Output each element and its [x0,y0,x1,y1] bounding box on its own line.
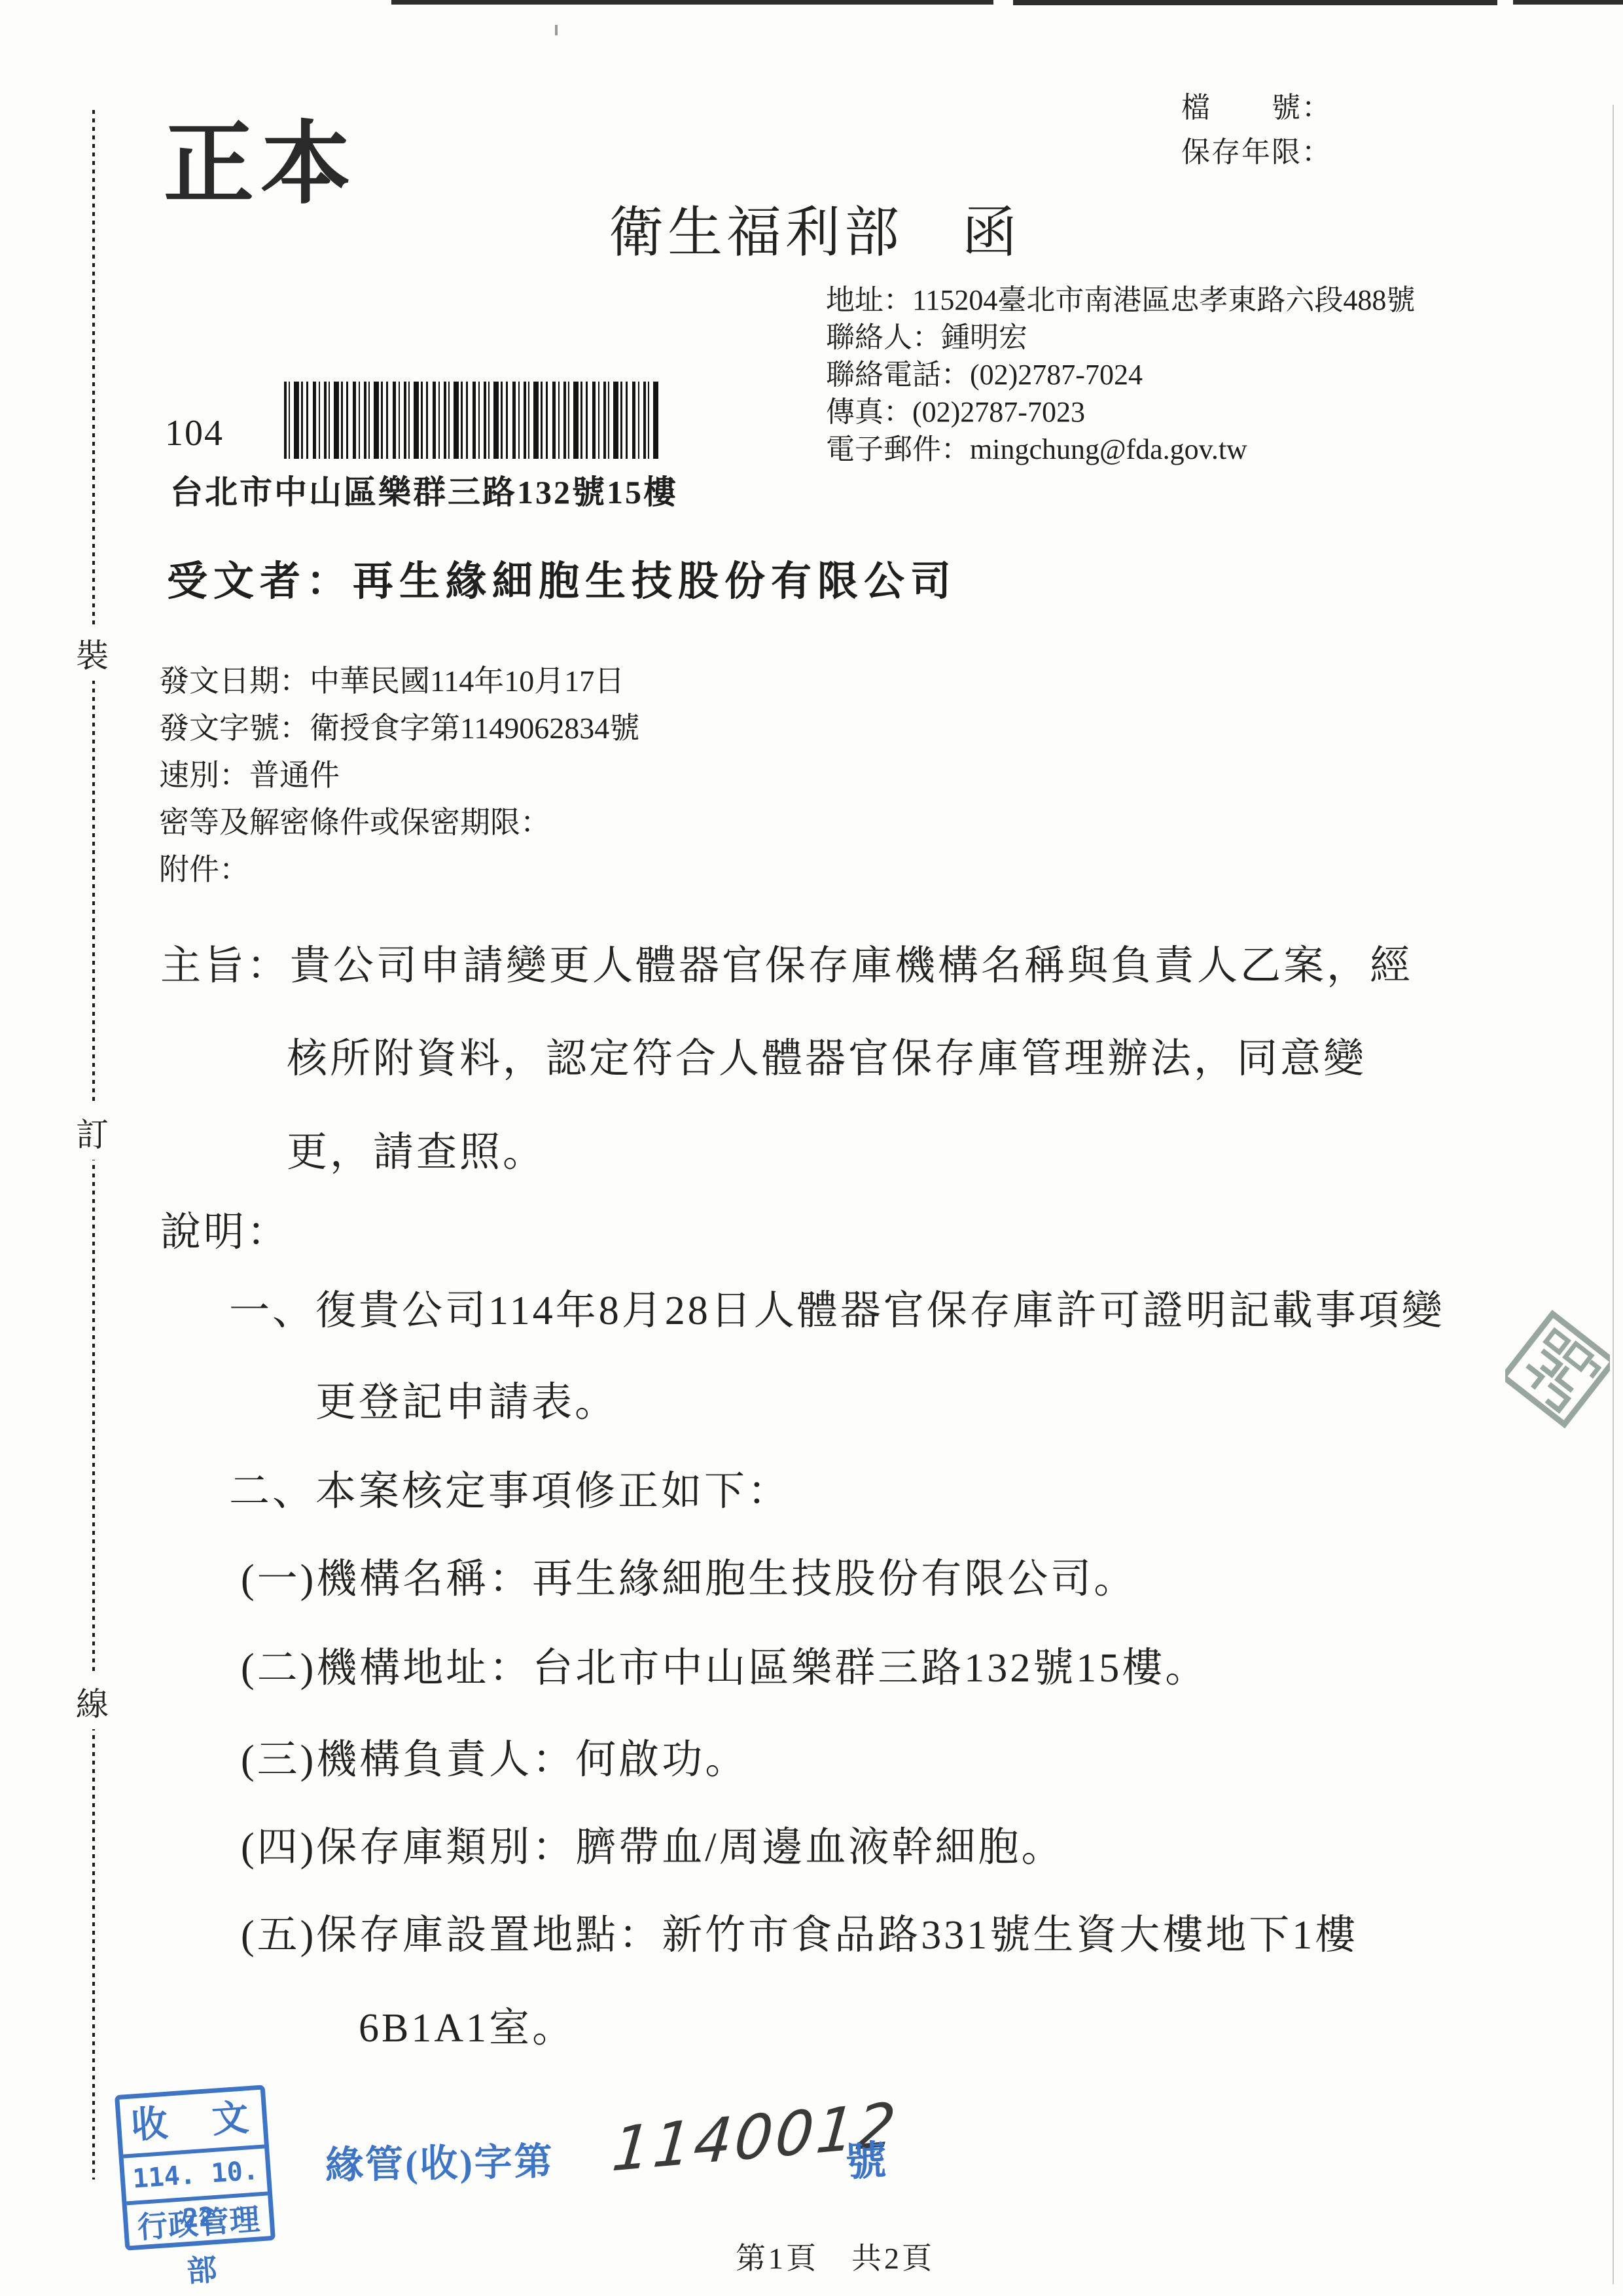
security-seal-stamp [1505,1309,1610,1430]
recipient-address: 台北市中山區樂群三路132號15樓 [170,466,678,513]
recipient-zip: 104 [165,412,224,454]
document-title: 衛生福利部 函 [609,188,1021,268]
explanation-item1-line1: 一、復貴公司114年8月28日人體器官保存庫許可證明記載事項變 [229,1278,1445,1336]
barcode [284,382,658,459]
sender-address: 地址：115204臺北市南港區忠孝東路六段488號 [826,281,1415,319]
explanation-item2: 二、本案核定事項修正如下： [229,1458,791,1516]
sender-fax: 傳真：(02)2787-7023 [826,393,1415,431]
subject-line-1: 主旨：貴公司申請變更人體器官保存庫機構名稱與負責人乙案，經 [160,933,1413,991]
dispatch-date-line: 發文日期：中華民國114年10月17日 [159,658,639,705]
recipient-line: 受文者：再生緣細胞生技股份有限公司 [167,548,957,607]
retention-period-label: 保存年限： [1181,128,1332,170]
approved-item-5-location-line1: (五)保存庫設置地點：新竹市食品路331號生資大樓地下1樓 [241,1902,1358,1960]
subject-line-2: 核所附資料，認定符合人體器官保存庫管理辦法，同意變 [287,1026,1366,1084]
sender-phone: 聯絡電話：(02)2787-7024 [826,356,1415,393]
explanation-item1-line2: 更登記申請表。 [315,1369,618,1427]
binding-char-xian: 線 [76,1674,109,1729]
approved-item-1-name: (一)機構名稱：再生緣細胞生技股份有限公司。 [241,1546,1137,1604]
dispatch-meta-block: 發文日期：中華民國114年10月17日 發文字號：衛授食字第1149062834… [159,658,639,893]
explanation-heading: 說明： [160,1199,290,1257]
attachment-line: 附件： [159,846,639,893]
binding-char-ding: 訂 [76,1105,109,1160]
sender-email: 電子郵件：mingchung@fda.gov.tw [826,431,1415,468]
subject-line-3: 更，請查照。 [287,1119,546,1177]
approved-item-2-address: (二)機構地址：台北市中山區樂群三路132號15樓。 [241,1635,1208,1693]
scan-artifact-speck [555,25,558,35]
sender-contact: 聯絡人：鍾明宏 [826,319,1415,356]
approved-item-3-person: (三)機構負責人：何啟功。 [241,1727,748,1785]
receipt-stamp-department: 行政管理部 [127,2195,271,2252]
security-line: 密等及解密條件或保密期限： [159,799,639,846]
copy-type-label: 正本 [164,92,357,221]
page-number-footer: 第1頁 共2頁 [736,2234,935,2278]
dispatch-number-line: 發文字號：衛授食字第1149062834號 [159,705,639,752]
approved-item-5-location-line2: 6B1A1室。 [359,1995,575,2053]
file-number-label: 檔 號： [1181,84,1332,126]
scan-artifact-top-1 [391,0,993,5]
approved-item-4-category: (四)保存庫類別：臍帶血/周邊血液幹細胞。 [241,1814,1065,1873]
receipt-stamp: 收 文 114. 10. 22 行政管理部 [115,2085,276,2250]
binding-char-zhuang: 裝 [76,626,109,681]
sender-info-block: 地址：115204臺北市南港區忠孝東路六段488號 聯絡人：鍾明宏 聯絡電話：(… [826,281,1415,468]
ref-number-suffix-stamp: 號 [844,2128,887,2187]
ref-number-prefix-stamp: 緣管(收)字第 [325,2130,554,2189]
receipt-stamp-title: 收 文 [119,2090,264,2159]
scan-artifact-top-2 [1013,0,1497,5]
scan-artifact-top-3 [1513,0,1623,5]
scanned-official-letter: 裝 訂 線 正本 檔 號： 保存年限： 衛生福利部 函 地址：115204臺北市… [0,0,1623,2296]
scan-artifact-right-edge [1613,105,1614,2284]
speed-line: 速別：普通件 [159,752,639,799]
